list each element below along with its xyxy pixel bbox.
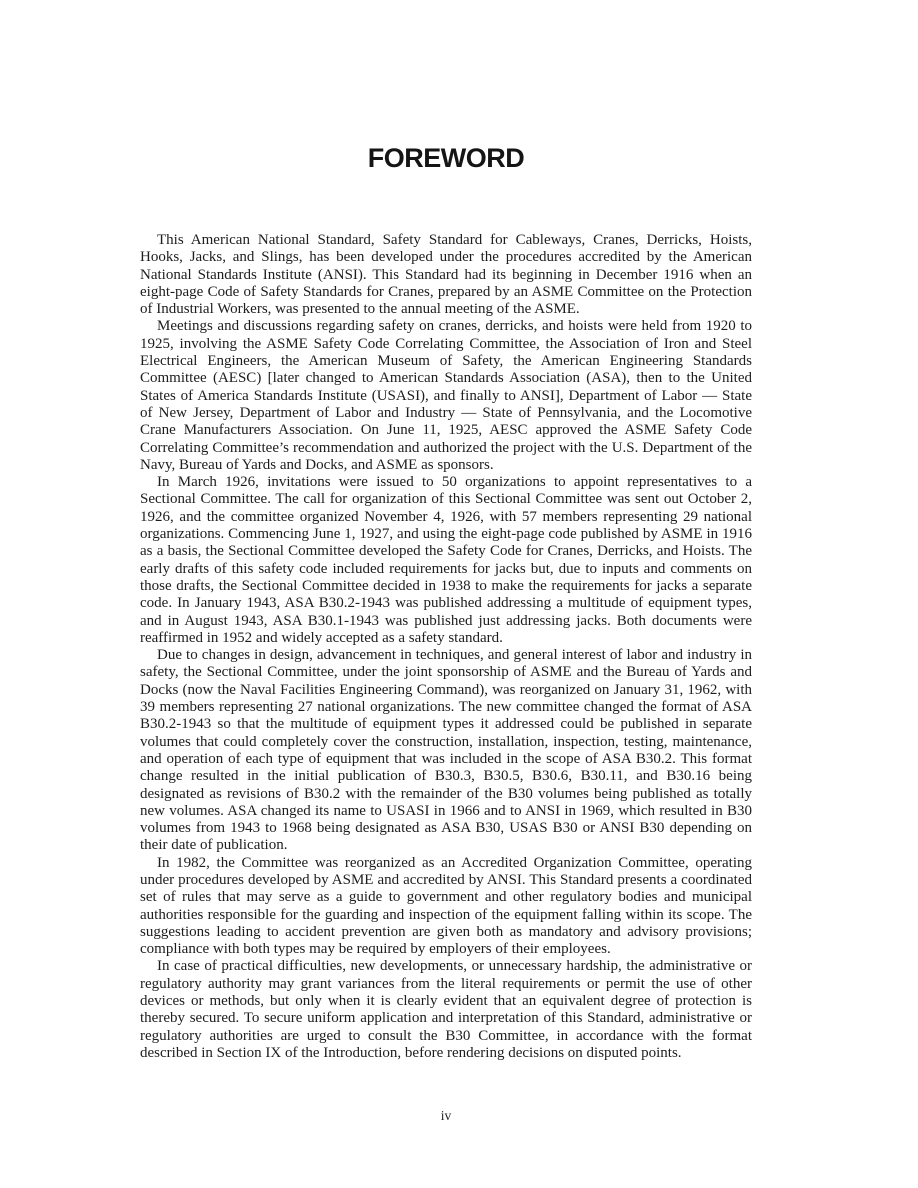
- page-title: FOREWORD: [140, 141, 752, 175]
- foreword-paragraph-4: Due to changes in design, advancement in…: [140, 647, 752, 855]
- foreword-text-block: This American National Standard, Safety …: [140, 232, 752, 1062]
- page-number: iv: [140, 1108, 752, 1124]
- foreword-paragraph-3: In March 1926, invitations were issued t…: [140, 474, 752, 647]
- foreword-paragraph-6: In case of practical difficulties, new d…: [140, 958, 752, 1062]
- foreword-paragraph-5: In 1982, the Committee was reorganized a…: [140, 855, 752, 959]
- foreword-paragraph-1: This American National Standard, Safety …: [140, 232, 752, 318]
- document-page: FOREWORD This American National Standard…: [0, 0, 918, 1188]
- foreword-paragraph-2: Meetings and discussions regarding safet…: [140, 318, 752, 474]
